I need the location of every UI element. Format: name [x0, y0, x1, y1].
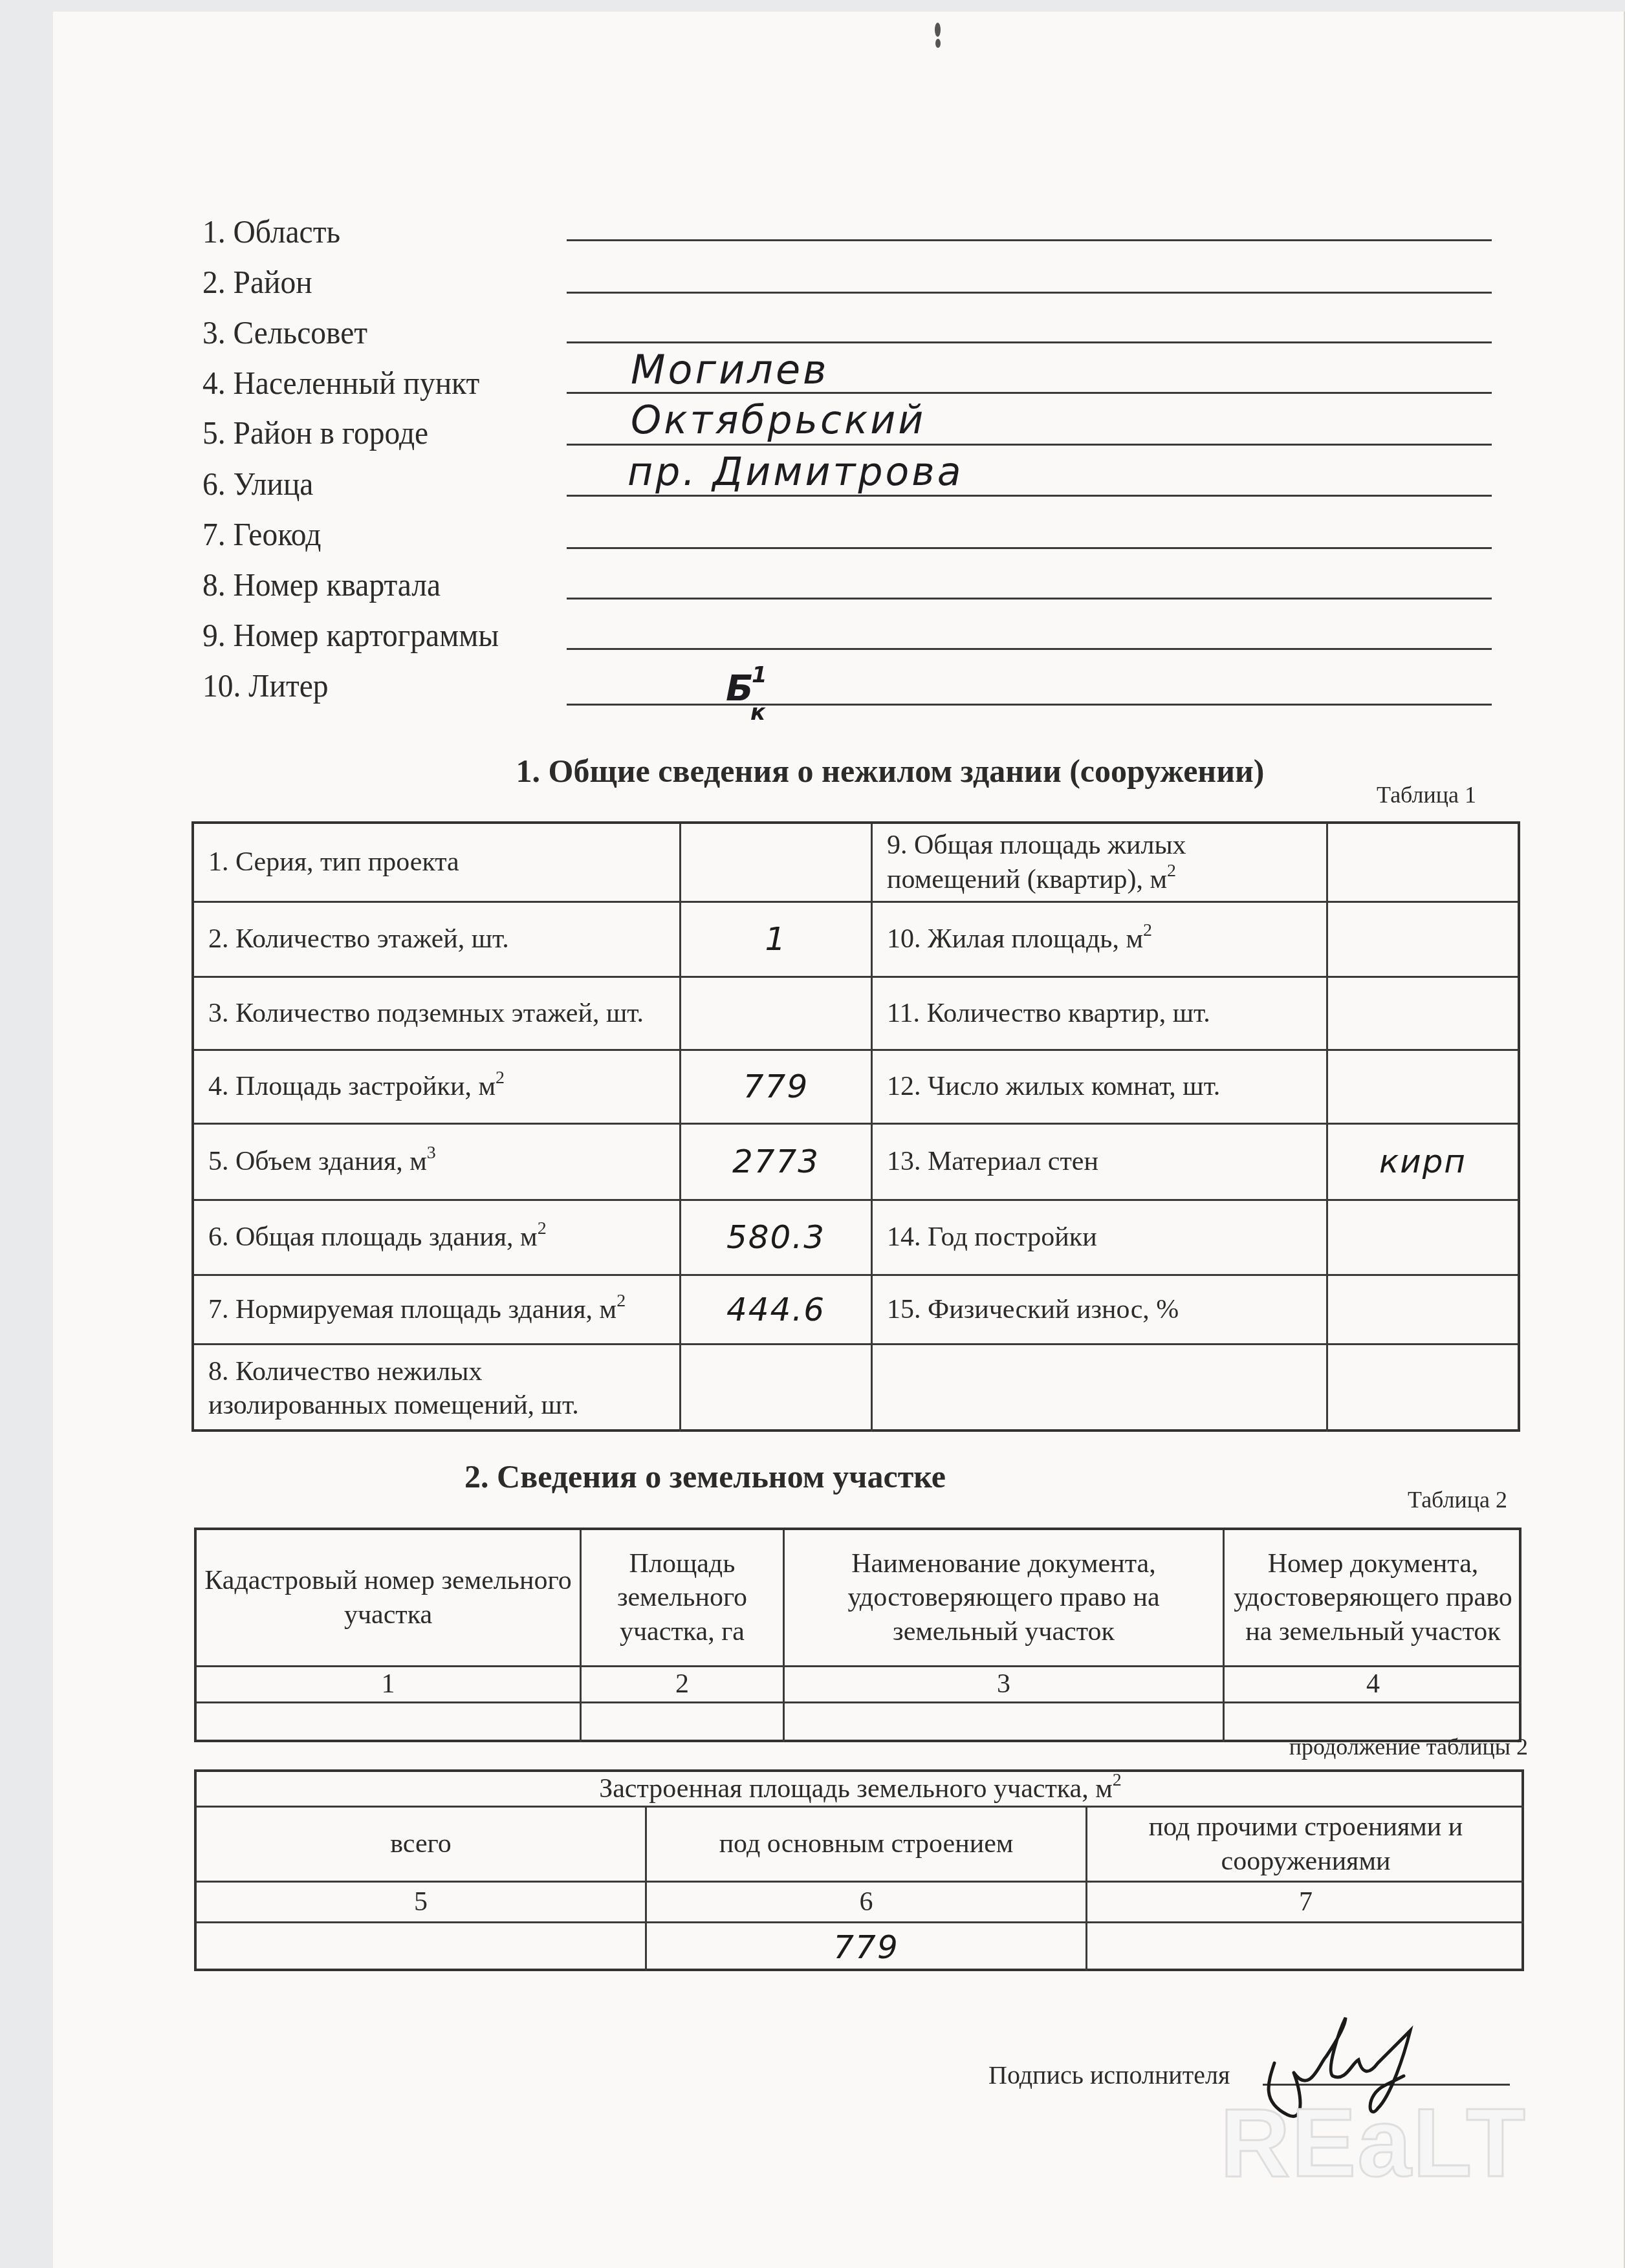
cell-label: 4 — [1366, 1667, 1380, 1701]
field-line-city-district[interactable] — [567, 444, 1492, 446]
building-field-label: 9. Общая площадь жилых помещений (кварти… — [873, 824, 1328, 903]
field-line-geocode[interactable] — [567, 547, 1492, 549]
built-area-header: всего — [197, 1808, 647, 1883]
cell-label: 5 — [414, 1885, 428, 1919]
building-field-value[interactable]: 580.3 — [681, 1201, 873, 1276]
built-area-header: под основным строением — [647, 1808, 1087, 1883]
building-field-label: 2. Количество этажей, шт. — [194, 903, 681, 978]
built-area-value[interactable] — [1087, 1923, 1524, 1971]
building-field-label — [873, 1345, 1328, 1432]
cell-label: 8. Количество нежилых изолированных поме… — [208, 1355, 665, 1423]
building-field-value[interactable]: 444.6 — [681, 1276, 873, 1345]
built-area-value[interactable]: 779 — [647, 1923, 1087, 1971]
table2-continuation-caption: продолжение таблицы 2 — [1289, 1733, 1528, 1760]
section1-title: 1. Общие сведения о нежилом здании (соор… — [516, 752, 1265, 790]
building-field-value[interactable]: кирп — [1328, 1125, 1518, 1201]
land-table-column-number: 3 — [785, 1667, 1225, 1703]
field-label-city-district: 5. Район в городе — [202, 416, 428, 449]
cell-label: 11. Количество квартир, шт. — [887, 997, 1210, 1031]
field-value-city-district: Октябрьский — [631, 398, 926, 443]
field-label-raion: 2. Район — [202, 266, 312, 298]
cell-label: 6 — [860, 1885, 873, 1919]
cell-label: 6. Общая площадь здания, м2 — [208, 1220, 547, 1255]
field-value-settlement: Могилев — [631, 346, 829, 393]
built-area-header: под прочими строениями и сооружениями — [1087, 1808, 1524, 1883]
scan-speck — [935, 39, 941, 48]
field-label-liter: 10. Литер — [202, 669, 328, 702]
building-field-value[interactable] — [1328, 824, 1518, 903]
cell-label: 15. Физический износ, % — [887, 1293, 1179, 1327]
cell-label: 1 — [382, 1667, 395, 1701]
cell-label: 12. Число жилых комнат, шт. — [887, 1070, 1220, 1104]
building-field-value[interactable]: 779 — [681, 1051, 873, 1125]
land-table-header: Номер документа, удостоверяющего право н… — [1225, 1530, 1521, 1667]
field-label-cartogram-number: 9. Номер картограммы — [202, 619, 499, 651]
cell-label: Кадастровый номер земельного участка — [203, 1564, 573, 1632]
building-field-label: 8. Количество нежилых изолированных поме… — [194, 1345, 681, 1432]
field-line-liter[interactable] — [567, 704, 1492, 706]
field-value-street: пр. Димитрова — [627, 449, 963, 495]
built-area-table: Застроенная площадь земельного участка, … — [194, 1769, 1524, 1971]
building-field-value[interactable] — [681, 978, 873, 1051]
cell-label: 2. Количество этажей, шт. — [208, 922, 509, 956]
building-field-value[interactable] — [1328, 1201, 1518, 1276]
cell-label: Наименование документа, удостоверяющего … — [791, 1547, 1216, 1649]
building-field-label: 7. Нормируемая площадь здания, м2 — [194, 1276, 681, 1345]
building-field-value[interactable] — [1328, 1345, 1518, 1432]
field-label-settlement: 4. Населенный пункт — [202, 367, 479, 399]
cell-label: 3 — [997, 1667, 1010, 1701]
built-area-column-number: 6 — [647, 1883, 1087, 1923]
cell-label: Застроенная площадь земельного участка, … — [599, 1772, 1122, 1806]
table2-caption: Таблица 2 — [1408, 1486, 1507, 1513]
cell-label: 7. Нормируемая площадь здания, м2 — [208, 1293, 626, 1327]
land-table-column-number: 4 — [1225, 1667, 1521, 1703]
cell-label: 1. Серия, тип проекта — [208, 845, 459, 880]
building-field-label: 3. Количество подземных этажей, шт. — [194, 978, 681, 1051]
built-area-column-number: 7 — [1087, 1883, 1524, 1923]
building-field-label: 14. Год постройки — [873, 1201, 1328, 1276]
cell-label: под основным строением — [719, 1827, 1014, 1861]
building-field-label: 6. Общая площадь здания, м2 — [194, 1201, 681, 1276]
building-info-table: 1. Серия, тип проекта9. Общая площадь жи… — [191, 821, 1520, 1432]
land-table-header: Наименование документа, удостоверяющего … — [785, 1530, 1225, 1667]
land-table-column-number: 1 — [197, 1667, 582, 1703]
cell-label: 3. Количество подземных этажей, шт. — [208, 997, 644, 1031]
liter-subscript: к — [750, 700, 768, 726]
built-area-column-number: 5 — [197, 1883, 647, 1923]
building-field-value[interactable] — [1328, 1051, 1518, 1125]
building-field-label: 15. Физический износ, % — [873, 1276, 1328, 1345]
building-field-value[interactable] — [681, 1345, 873, 1432]
land-table-value[interactable] — [197, 1703, 582, 1742]
cell-label: 4. Площадь застройки, м2 — [208, 1070, 505, 1104]
field-line-raion[interactable] — [567, 292, 1492, 294]
field-label-block-number: 8. Номер квартала — [202, 568, 441, 601]
field-line-block-number[interactable] — [567, 598, 1492, 599]
building-field-value[interactable] — [1328, 1276, 1518, 1345]
field-label-oblast: 1. Область — [202, 215, 340, 248]
field-label-selsovet: 3. Сельсовет — [202, 316, 367, 349]
land-table-header: Кадастровый номер земельного участка — [197, 1530, 582, 1667]
cell-label: Номер документа, удостоверяющего право н… — [1231, 1547, 1515, 1649]
building-field-label: 12. Число жилых комнат, шт. — [873, 1051, 1328, 1125]
cell-label: 10. Жилая площадь, м2 — [887, 922, 1152, 956]
building-field-label: 1. Серия, тип проекта — [194, 824, 681, 903]
land-table-value[interactable] — [582, 1703, 785, 1742]
building-field-label: 11. Количество квартир, шт. — [873, 978, 1328, 1051]
field-line-cartogram-number[interactable] — [567, 648, 1492, 650]
building-field-value[interactable] — [1328, 978, 1518, 1051]
cell-label: 5. Объем здания, м3 — [208, 1145, 436, 1179]
field-line-oblast[interactable] — [567, 239, 1492, 241]
land-table-value[interactable] — [785, 1703, 1225, 1742]
realt-watermark: REaLT — [1220, 2094, 1527, 2191]
signature-label: Подпись исполнителя — [988, 2060, 1230, 2090]
liter-superscript: 1 — [752, 662, 770, 688]
building-field-label: 5. Объем здания, м3 — [194, 1125, 681, 1201]
land-table-header: Площадь земельного участка, га — [582, 1530, 785, 1667]
cell-label: 9. Общая площадь жилых помещений (кварти… — [887, 828, 1312, 896]
field-label-street: 6. Улица — [202, 468, 313, 500]
section2-title: 2. Сведения о земельном участке — [464, 1458, 946, 1495]
field-line-selsovet[interactable] — [567, 341, 1492, 343]
land-plot-table: Кадастровый номер земельного участка1Пло… — [194, 1528, 1521, 1742]
building-field-value[interactable]: 2773 — [681, 1125, 873, 1201]
building-field-label: 4. Площадь застройки, м2 — [194, 1051, 681, 1125]
cell-label: 13. Материал стен — [887, 1145, 1098, 1179]
cell-label: всего — [390, 1827, 452, 1861]
building-field-label: 10. Жилая площадь, м2 — [873, 903, 1328, 978]
field-line-street[interactable] — [567, 495, 1492, 497]
land-table-column-number: 2 — [582, 1667, 785, 1703]
field-value-liter: Б1к — [726, 667, 756, 709]
building-field-label: 13. Материал стен — [873, 1125, 1328, 1201]
built-area-group-header: Застроенная площадь земельного участка, … — [197, 1772, 1524, 1808]
table1-caption: Таблица 1 — [1377, 781, 1476, 808]
building-field-value[interactable] — [1328, 903, 1518, 978]
cell-label: 7 — [1299, 1885, 1313, 1919]
cell-label: 2 — [675, 1667, 689, 1701]
field-label-geocode: 7. Геокод — [202, 518, 321, 550]
cell-label: Площадь земельного участка, га — [588, 1547, 776, 1649]
building-field-value[interactable] — [681, 824, 873, 903]
cell-label: под прочими строениями и сооружениями — [1094, 1810, 1518, 1878]
building-field-value[interactable]: 1 — [681, 903, 873, 978]
scan-speck — [935, 23, 941, 37]
cell-label: 14. Год постройки — [887, 1220, 1097, 1255]
built-area-value[interactable] — [197, 1923, 647, 1971]
